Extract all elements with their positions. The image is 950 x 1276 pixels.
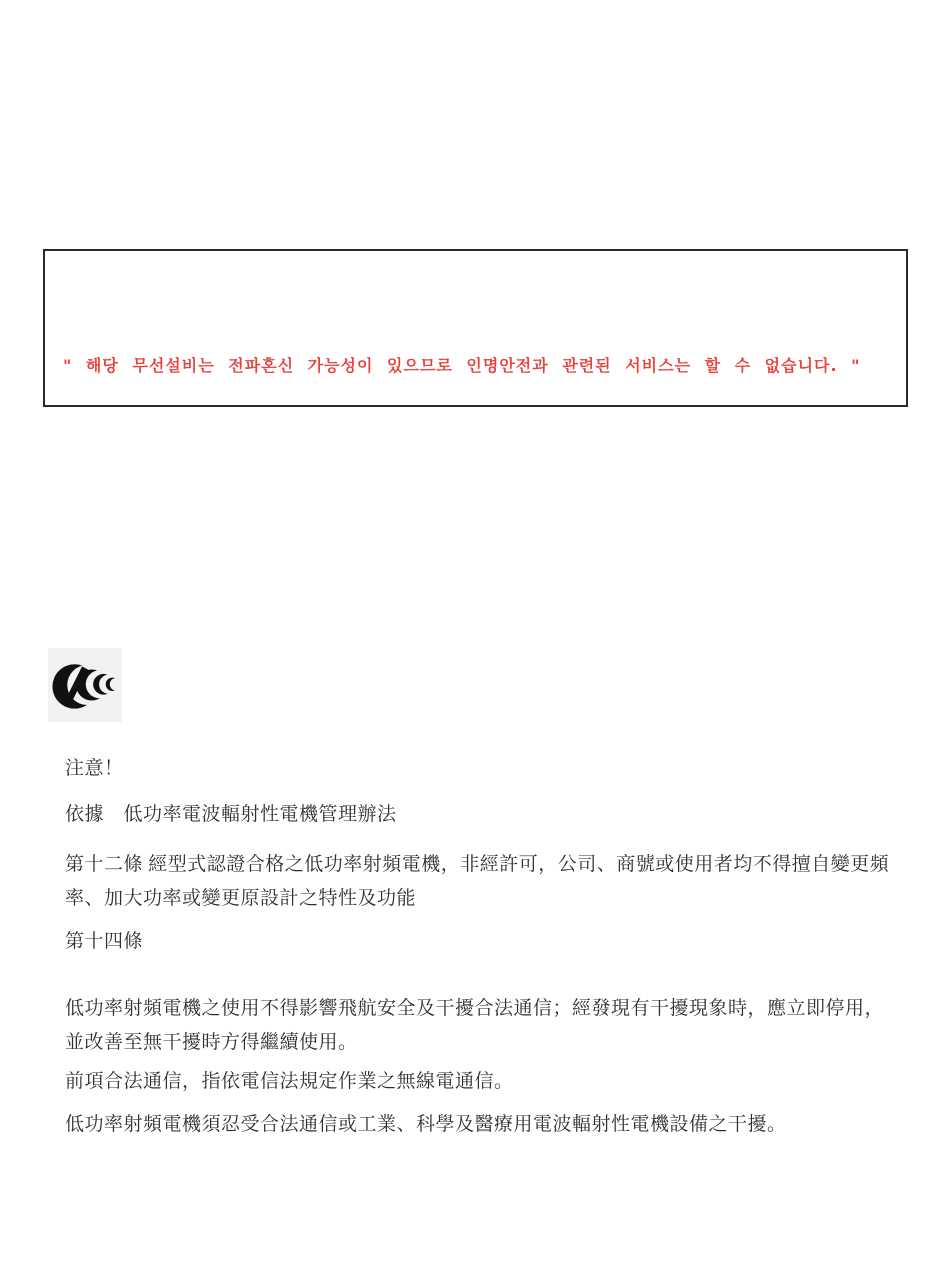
korean-warning-box: " 해당 무선설비는 전파혼신 가능성이 있으므로 인명안전과 관련된 서비스는… [43, 249, 908, 407]
document-page: " 해당 무선설비는 전파혼신 가능성이 있으므로 인명안전과 관련된 서비스는… [0, 0, 950, 1276]
attention-heading: 注意！ [65, 752, 124, 786]
article-14-title: 第十四條 [65, 925, 143, 959]
article-14-p1-line-2: 並改善至無干擾時方得繼續使用。 [65, 1032, 358, 1053]
korean-warning-text: " 해당 무선설비는 전파혼신 가능성이 있으므로 인명안전과 관련된 서비스는… [63, 355, 883, 377]
article-12-line-2: 率、加大功率或變更原設計之特性及功能 [65, 888, 416, 909]
regulation-basis: 依據 低功率電波輻射性電機管理辦法 [65, 798, 397, 832]
article-12-paragraph: 第十二條 經型式認證合格之低功率射頻電機，非經許可，公司、商號或使用者均不得擅自… [65, 848, 910, 916]
article-14-paragraph-1: 低功率射頻電機之使用不得影響飛航安全及干擾合法通信；經發現有干擾現象時，應立即停… [65, 992, 910, 1060]
article-14-paragraph-2: 前項合法通信，指依電信法規定作業之無線電通信。 [65, 1065, 514, 1099]
article-12-line-1: 第十二條 經型式認證合格之低功率射頻電機，非經許可，公司、商號或使用者均不得擅自… [65, 854, 889, 875]
article-14-paragraph-3: 低功率射頻電機須忍受合法通信或工業、科學及醫療用電波輻射性電機設備之干擾。 [65, 1108, 787, 1142]
ncc-logo [48, 648, 122, 722]
article-14-p1-line-1: 低功率射頻電機之使用不得影響飛航安全及干擾合法通信；經發現有干擾現象時，應立即停… [65, 998, 884, 1019]
ncc-logo-icon [48, 648, 122, 722]
